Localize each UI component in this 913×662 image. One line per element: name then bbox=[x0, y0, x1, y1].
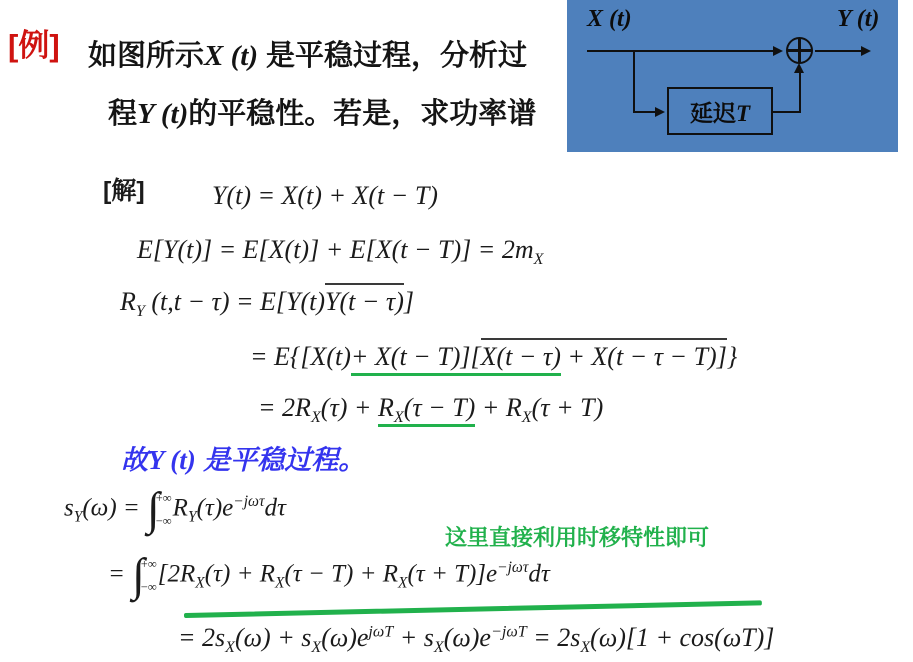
diagram-input-label: X (t) bbox=[587, 6, 632, 33]
delay-output-line bbox=[773, 111, 801, 113]
delay-label: 延迟T bbox=[690, 95, 750, 128]
equation-mean: E[Y(t)] = E[X(t)] + E[X(t − T)] = 2mX bbox=[137, 234, 543, 270]
hint-note: 这里直接利用时移特性即可 bbox=[445, 521, 709, 552]
arrow-into-adder-icon bbox=[773, 46, 783, 56]
output-line bbox=[815, 50, 863, 52]
inline-math-y-of-t: Y (t) bbox=[137, 98, 188, 130]
conclusion-pre: 故 bbox=[121, 445, 148, 475]
arrow-into-delay-icon bbox=[655, 107, 665, 117]
problem-text-pre: 程 bbox=[108, 98, 137, 130]
inline-math-y-of-t: Y (t) bbox=[148, 445, 196, 475]
inline-math-x-of-t: X (t) bbox=[204, 40, 258, 72]
signal-line-main bbox=[587, 50, 773, 52]
equation-autocorrelation: RY (t,t − τ) = E[Y(t)Y(t − τ)] bbox=[120, 286, 414, 322]
feedback-line-up bbox=[799, 68, 801, 113]
example-tag: [例] bbox=[8, 20, 60, 65]
branch-line-right bbox=[633, 111, 657, 113]
problem-statement-line1: 如图所示X (t) 是平稳过程，分析过 bbox=[88, 33, 527, 74]
lecture-slide: [例] 如图所示X (t) 是平稳过程，分析过 程Y (t)的平稳性。若是，求功… bbox=[0, 0, 913, 662]
equation-spectrum-result: = 2sX(ω) + sX(ω)ejωT + sX(ω)e−jωT = 2sX(… bbox=[178, 622, 774, 658]
arrow-output-icon bbox=[861, 46, 871, 56]
equation-spectrum-integral: sY(ω) = ∫+∞−∞RY(τ)e−jωτdτ bbox=[64, 490, 286, 529]
solution-tag: [解] bbox=[103, 171, 145, 207]
equation-correlation-result: = 2RX(τ) + RX(τ − T) + RX(τ + T) bbox=[258, 392, 603, 428]
conclusion-post: 是平稳过程。 bbox=[196, 445, 366, 475]
conclusion-text: 故Y (t) 是平稳过程。 bbox=[121, 438, 365, 477]
problem-text-pre: 如图所示 bbox=[88, 40, 204, 72]
diagram-output-label: Y (t) bbox=[837, 6, 879, 33]
emphasis-underline bbox=[184, 600, 762, 617]
problem-text-post: 的平稳性。若是，求功率谱 bbox=[188, 98, 536, 130]
delay-block: 延迟T bbox=[667, 87, 773, 135]
equation-spectrum-expanded: = ∫+∞−∞[2RX(τ) + RX(τ − T) + RX(τ + T)]e… bbox=[108, 556, 550, 595]
adder-node bbox=[786, 37, 813, 64]
arrow-into-adder-bottom-icon bbox=[794, 63, 804, 73]
equation-y-definition: Y(t) = X(t) + X(t − T) bbox=[212, 180, 438, 213]
equation-expansion: = E{[X(t)+ X(t − T)][X(t − τ) + X(t − τ … bbox=[250, 341, 737, 374]
block-diagram: X (t) Y (t) 延迟T bbox=[567, 0, 898, 152]
adder-plus-icon bbox=[798, 39, 801, 62]
problem-statement-line2: 程Y (t)的平稳性。若是，求功率谱 bbox=[108, 91, 536, 132]
problem-text-post: 是平稳过程，分析过 bbox=[258, 40, 527, 72]
branch-line-down bbox=[633, 51, 635, 113]
